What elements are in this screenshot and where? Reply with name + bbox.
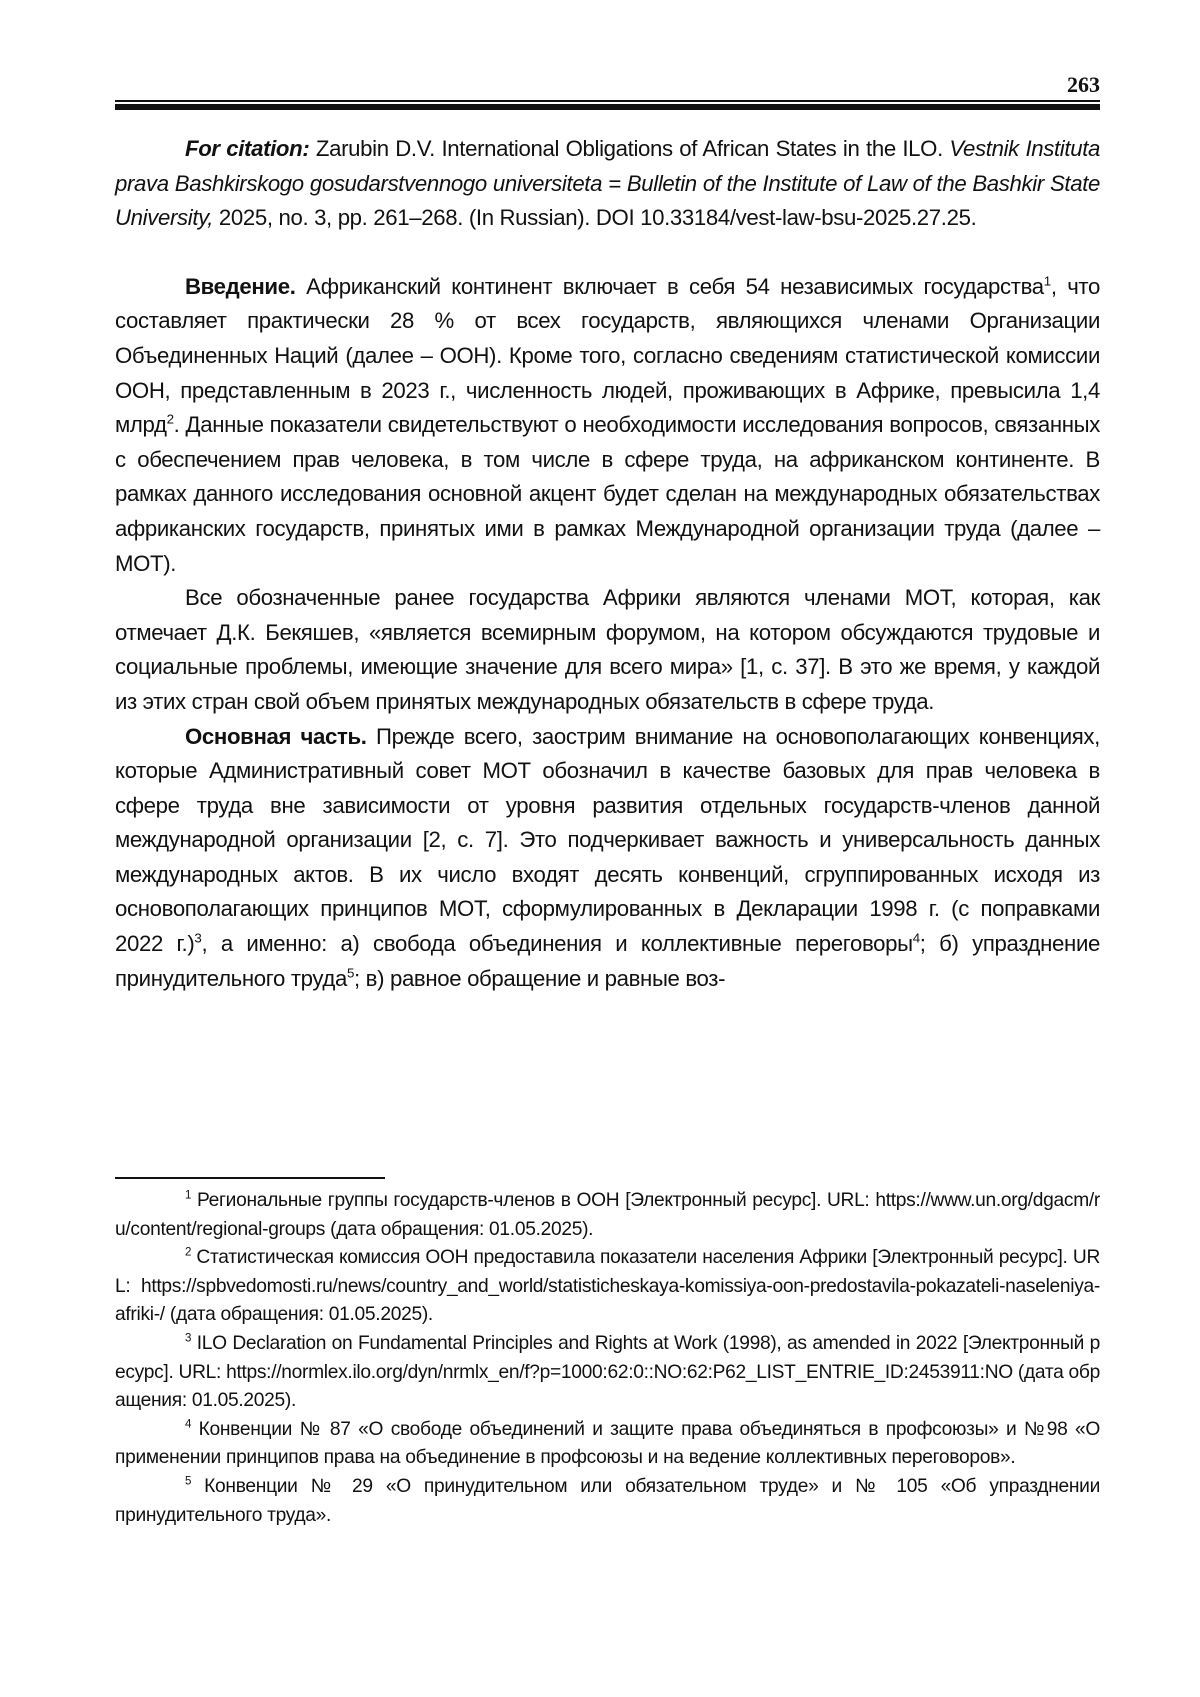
footnote-ref-5[interactable]: 5 (347, 965, 354, 980)
main-text-d: ; в) равное обращение и равные воз- (354, 966, 725, 991)
page-number: 263 (1020, 72, 1100, 98)
footnote-5: 5 Конвенции № 29 «О принудительном или о… (115, 1473, 1100, 1530)
footnote-3: 3 ILO Declaration on Fundamental Princip… (115, 1330, 1100, 1416)
footnote-4: 4 Конвенции № 87 «О свободе объединений … (115, 1416, 1100, 1473)
main-text-a: Прежде всего, заострим внимание на основ… (115, 724, 1100, 957)
footnote-ref-2[interactable]: 2 (167, 412, 174, 427)
header-rule-thin (115, 100, 1100, 102)
intro-paragraph-1: Введение. Африканский континент включает… (115, 270, 1100, 581)
main-heading: Основная часть. (185, 724, 367, 749)
intro-paragraph-2: Все обозначенные ранее государства Африк… (115, 581, 1100, 719)
footnote-text: Региональные группы государств-членов в … (115, 1190, 1100, 1240)
citation-text-2: 2025, no. 3, pp. 261–268. (In Russian). … (213, 205, 976, 230)
intro-text-c: . Данные показатели свидетельствуют о не… (115, 412, 1100, 575)
header-rule-thick (115, 104, 1100, 110)
footnote-separator (115, 1177, 385, 1179)
header-rule (115, 100, 1100, 110)
footnote-ref-1[interactable]: 1 (1044, 273, 1051, 288)
footnotes: 1 Региональные группы государств-членов … (115, 1187, 1100, 1530)
citation-label: For citation: (185, 136, 309, 161)
footnote-text: Конвенции № 29 «О принудительном или обя… (115, 1476, 1100, 1526)
main-content: For citation: Zarubin D.V. International… (115, 132, 1100, 996)
main-paragraph: Основная часть. Прежде всего, заострим в… (115, 720, 1100, 997)
footnote-1: 1 Региональные группы государств-членов … (115, 1187, 1100, 1244)
intro-heading: Введение. (185, 274, 296, 299)
main-text-b: , а именно: а) свобода объединения и кол… (201, 931, 912, 956)
footnote-2: 2 Статистическая комиссия ООН предостави… (115, 1244, 1100, 1330)
footnote-text: Конвенции № 87 «О свободе объединений и … (115, 1419, 1100, 1469)
footnote-text: Статистическая комиссия ООН предоставила… (115, 1247, 1100, 1325)
footnote-text: ILO Declaration on Fundamental Principle… (115, 1333, 1100, 1411)
spacer (115, 236, 1100, 270)
footnote-ref-4[interactable]: 4 (913, 931, 920, 946)
citation-paragraph: For citation: Zarubin D.V. International… (115, 132, 1100, 236)
citation-text-1: Zarubin D.V. International Obligations o… (309, 136, 949, 161)
intro-text-a: Африканский континент включает в себя 54… (296, 274, 1044, 299)
